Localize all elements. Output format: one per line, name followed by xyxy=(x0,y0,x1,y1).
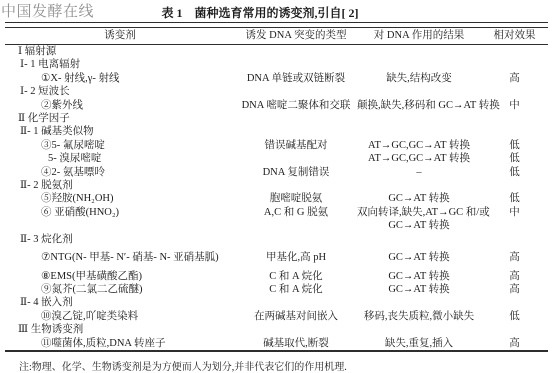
mutagen-cell: ①X- 射线,γ- 射线 xyxy=(5,72,235,85)
mutagen-cell: Ⅱ- 4 嵌入剂 xyxy=(5,296,235,309)
mutagen-cell: ⑧EMS(甲基磺酸乙酯) xyxy=(5,270,235,283)
table-footnote: 注:物理、化学、生物诱变剂是为方便而人为划分,并非代表它们的作用机理. xyxy=(5,358,548,373)
mutagen-cell: ⑥ 亚硝酸(HNO₂) xyxy=(5,206,235,219)
mutagen-cell: ⑪噬菌体,质粒,DNA 转座子 xyxy=(5,337,235,350)
table-row: ③5- 氟尿嘧啶错误碱基配对AT→GC,GC→AT 转换低 xyxy=(5,139,548,152)
relative-effect-cell: 低 xyxy=(481,310,548,323)
dna-effect-cell: AT→GC,GC→AT 转换 xyxy=(357,139,481,152)
mutation-type-cell: C 和 A 烷化 xyxy=(235,283,357,296)
relative-effect-cell xyxy=(481,58,548,71)
mutation-type-cell xyxy=(235,179,357,192)
dna-effect-cell: – xyxy=(357,166,481,179)
table-row: ⑪噬菌体,质粒,DNA 转座子碱基取代,断裂缺失,重复,插入高 xyxy=(5,337,548,350)
mutagen-cell: Ⅰ- 2 短波长 xyxy=(5,85,235,98)
table-row: Ⅱ- 4 嵌入剂 xyxy=(5,296,548,309)
mutation-type-cell xyxy=(235,323,357,336)
relative-effect-cell xyxy=(481,296,548,309)
mutation-type-cell xyxy=(235,45,357,58)
mutation-type-cell: 错误碱基配对 xyxy=(235,139,357,152)
table-row: ⑧EMS(甲基磺酸乙酯)C 和 A 烷化GC→AT 转换高 xyxy=(5,270,548,283)
relative-effect-cell: 低 xyxy=(481,192,548,205)
mutagen-cell: ⑤羟胺(NH₂OH) xyxy=(5,192,235,205)
relative-effect-cell xyxy=(481,112,548,125)
relative-effect-cell: 低 xyxy=(481,166,548,179)
mutation-type-cell: 胞嘧啶脱氨 xyxy=(235,192,357,205)
table-row: Ⅱ 化学因子 xyxy=(5,112,548,125)
table-row: GC→AT 转换 xyxy=(5,219,548,232)
relative-effect-cell xyxy=(481,323,548,336)
dna-effect-cell: GC→AT 转换 xyxy=(357,219,481,232)
mutagen-cell: ⑨氮芥(二氯二乙硫醚) xyxy=(5,283,235,296)
dna-effect-cell xyxy=(357,85,481,98)
mutagen-cell: ④2- 氨基嘌呤 xyxy=(5,166,235,179)
table-row: 5- 溴尿嘧啶AT→GC,GC→AT 转换低 xyxy=(5,152,548,165)
dna-effect-cell xyxy=(357,323,481,336)
dna-effect-cell: 移码,丧失质粒,微小缺失 xyxy=(357,310,481,323)
mutation-type-cell: DNA 嘧啶二聚体和交联 xyxy=(235,99,357,112)
mutagen-cell: ⑦NTG(N- 甲基- N′- 硝基- N- 亚硝基胍) xyxy=(5,251,235,264)
mutagen-table: 诱变剂 诱发 DNA 突变的类型 对 DNA 作用的结果 相对效果 Ⅰ 辐射源Ⅰ… xyxy=(5,22,548,373)
relative-effect-cell: 低 xyxy=(481,152,548,165)
mutation-type-cell: 在两碱基对间嵌入 xyxy=(235,310,357,323)
mutagen-cell: ③5- 氟尿嘧啶 xyxy=(5,139,235,152)
column-header-relative-effect: 相对效果 xyxy=(481,28,548,44)
table-row: Ⅰ 辐射源 xyxy=(5,45,548,58)
dna-effect-cell xyxy=(357,112,481,125)
mutation-type-cell xyxy=(235,58,357,71)
relative-effect-cell: 低 xyxy=(481,139,548,152)
mutagen-cell: Ⅱ- 3 烷化剂 xyxy=(5,233,235,246)
dna-effect-cell: 颠换,缺失,移码和 GC→AT 转换 xyxy=(357,99,481,112)
dna-effect-cell xyxy=(357,58,481,71)
table-row: ①X- 射线,γ- 射线DNA 单链或双链断裂缺失,结构改变高 xyxy=(5,72,548,85)
relative-effect-cell: 高 xyxy=(481,270,548,283)
relative-effect-cell xyxy=(481,45,548,58)
relative-effect-cell xyxy=(481,85,548,98)
mutagen-cell: ②紫外线 xyxy=(5,99,235,112)
dna-effect-cell: 双向转译,缺失,AT→GC 和/或 xyxy=(357,206,481,219)
table-row: ⑦NTG(N- 甲基- N′- 硝基- N- 亚硝基胍)甲基化,高 pHGC→A… xyxy=(5,246,548,269)
mutagen-cell: Ⅱ- 1 碱基类似物 xyxy=(5,125,235,138)
dna-effect-cell xyxy=(357,296,481,309)
dna-effect-cell xyxy=(357,125,481,138)
relative-effect-cell: 高 xyxy=(481,72,548,85)
table-row: ②紫外线DNA 嘧啶二聚体和交联颠换,缺失,移码和 GC→AT 转换中 xyxy=(5,99,548,112)
table-row: ⑩溴乙锭,吖啶类染料在两碱基对间嵌入移码,丧失质粒,微小缺失低 xyxy=(5,310,548,323)
mutation-type-cell xyxy=(235,233,357,246)
dna-effect-cell: GC→AT 转换 xyxy=(357,192,481,205)
dna-effect-cell: GC→AT 转换 xyxy=(357,251,481,264)
top-rule-1 xyxy=(5,22,548,23)
mutation-type-cell: A,C 和 G 脱氨 xyxy=(235,206,357,219)
bottom-rule xyxy=(5,350,548,352)
relative-effect-cell: 中 xyxy=(481,99,548,112)
table-row: ⑥ 亚硝酸(HNO₂)A,C 和 G 脱氨双向转译,缺失,AT→GC 和/或中 xyxy=(5,206,548,219)
table-header-row: 诱变剂 诱发 DNA 突变的类型 对 DNA 作用的结果 相对效果 xyxy=(5,28,548,44)
dna-effect-cell xyxy=(357,179,481,192)
mutation-type-cell xyxy=(235,112,357,125)
table-row: ⑨氮芥(二氯二乙硫醚)C 和 A 烷化GC→AT 转换高 xyxy=(5,283,548,296)
relative-effect-cell: 高 xyxy=(481,337,548,350)
table-body: Ⅰ 辐射源Ⅰ- 1 电离辐射①X- 射线,γ- 射线DNA 单链或双链断裂缺失,… xyxy=(5,45,548,350)
dna-effect-cell xyxy=(357,233,481,246)
mutagen-cell: Ⅰ 辐射源 xyxy=(5,45,235,58)
mutation-type-cell: DNA 复制错误 xyxy=(235,166,357,179)
relative-effect-cell xyxy=(481,219,548,232)
relative-effect-cell: 高 xyxy=(481,251,548,264)
mutation-type-cell xyxy=(235,85,357,98)
mutagen-cell: 5- 溴尿嘧啶 xyxy=(5,152,235,165)
table-row: Ⅰ- 1 电离辐射 xyxy=(5,58,548,71)
table-row: Ⅰ- 2 短波长 xyxy=(5,85,548,98)
table-row: Ⅱ- 3 烷化剂 xyxy=(5,233,548,246)
mutagen-cell xyxy=(5,219,235,232)
relative-effect-cell xyxy=(481,125,548,138)
dna-effect-cell: 缺失,结构改变 xyxy=(357,72,481,85)
relative-effect-cell xyxy=(481,233,548,246)
column-header-mutagen: 诱变剂 xyxy=(5,28,235,44)
column-header-dna-effect: 对 DNA 作用的结果 xyxy=(357,28,481,44)
relative-effect-cell xyxy=(481,179,548,192)
relative-effect-cell: 中 xyxy=(481,206,548,219)
mutagen-cell: ⑩溴乙锭,吖啶类染料 xyxy=(5,310,235,323)
mutation-type-cell xyxy=(235,152,357,165)
mutation-type-cell: C 和 A 烷化 xyxy=(235,270,357,283)
mutation-type-cell xyxy=(235,296,357,309)
mutagen-cell: Ⅱ- 2 脱氨剂 xyxy=(5,179,235,192)
table-row: Ⅲ 生物诱变剂 xyxy=(5,323,548,336)
column-header-mutation-type: 诱发 DNA 突变的类型 xyxy=(235,28,357,44)
mutation-type-cell: DNA 单链或双链断裂 xyxy=(235,72,357,85)
dna-effect-cell xyxy=(357,45,481,58)
mutagen-cell: Ⅱ 化学因子 xyxy=(5,112,235,125)
scanned-table-page: { "watermark": "中国发酵在线", "style": { "tex… xyxy=(0,0,553,373)
dna-effect-cell: AT→GC,GC→AT 转换 xyxy=(357,152,481,165)
dna-effect-cell: 缺失,重复,插入 xyxy=(357,337,481,350)
mutation-type-cell xyxy=(235,219,357,232)
dna-effect-cell: GC→AT 转换 xyxy=(357,270,481,283)
dna-effect-cell: GC→AT 转换 xyxy=(357,283,481,296)
mutation-type-cell xyxy=(235,125,357,138)
table-row: Ⅱ- 1 碱基类似物 xyxy=(5,125,548,138)
mutation-type-cell: 甲基化,高 pH xyxy=(235,251,357,264)
table-row: ④2- 氨基嘌呤DNA 复制错误–低 xyxy=(5,166,548,179)
table-row: Ⅱ- 2 脱氨剂 xyxy=(5,179,548,192)
mutagen-cell: Ⅲ 生物诱变剂 xyxy=(5,323,235,336)
table-row: ⑤羟胺(NH₂OH)胞嘧啶脱氨GC→AT 转换低 xyxy=(5,192,548,205)
table-title: 表 1 菌种选育常用的诱变剂,引自[ 2] xyxy=(0,4,520,21)
mutagen-cell: Ⅰ- 1 电离辐射 xyxy=(5,58,235,71)
relative-effect-cell: 高 xyxy=(481,283,548,296)
mutation-type-cell: 碱基取代,断裂 xyxy=(235,337,357,350)
